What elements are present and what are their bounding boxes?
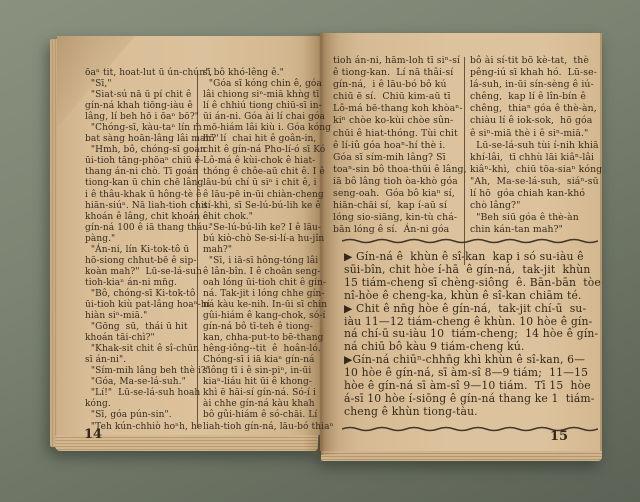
open-book: ōaⁿ tit, hoat-lut ū ún-chún", "Sī," "Sia…: [50, 33, 602, 463]
left-page-column-2: sī bô khó-lêng ê." "Góa sī kóng chin ê, …: [203, 68, 315, 433]
right-page-column-2: bô ài sí-tit bō kè-tat, thè pêng-iú sī k…: [470, 55, 594, 236]
page-number-right: 15: [550, 429, 568, 444]
sleep-note-1: ▶ Gín-ná ê khùn ê sî-kan kap i só su-iàu…: [344, 251, 598, 303]
right-page-column-1: tioh án-ni, hām-loh tī siⁿ-sí ê tiong-ka…: [333, 55, 461, 236]
sleep-note-3: ▶Gín-ná chiūⁿ-chhn̄g khì khùn ê sî-kan, …: [344, 354, 598, 419]
section-divider-rule-top: [342, 237, 598, 244]
right-page-column-divider: [464, 57, 465, 265]
left-page-column-1: ōaⁿ tit, hoat-lut ū ún-chún", "Sī," "Sia…: [85, 68, 197, 433]
page-number-left: 14: [84, 427, 102, 442]
left-page-column-divider: [197, 70, 198, 428]
sleep-note-2: ▶ Chit ê nn̄g hòe ê gín-ná, tak-jit chí-…: [344, 303, 598, 355]
page-stack-edge-bottom-right: [321, 451, 602, 461]
photo-background: ōaⁿ tit, hoat-lut ū ún-chún", "Sī," "Sia…: [0, 0, 640, 502]
